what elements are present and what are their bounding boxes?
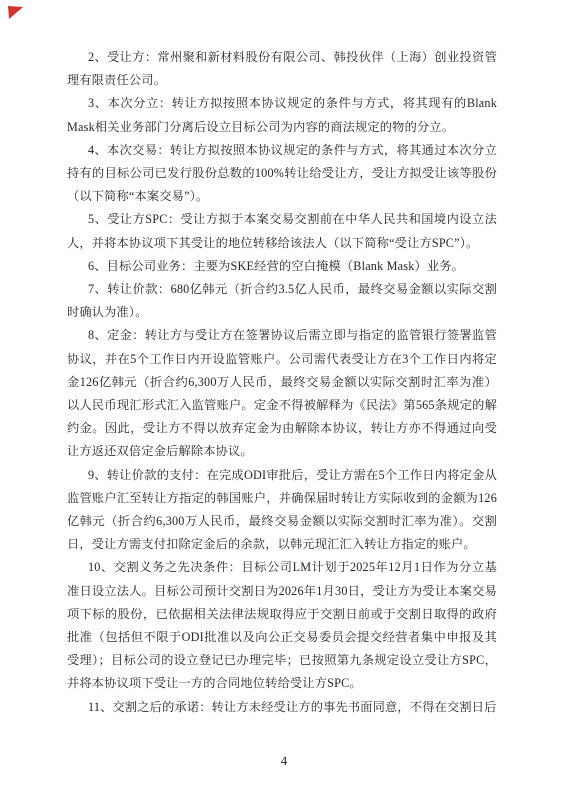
clause-paragraph-9: 9、转让价款的支付：在完成ODI审批后，受让方需在5个工作日内将定金从监管账户汇… xyxy=(67,464,497,557)
clause-paragraph-5: 5、受让方SPC：受让方拟于本案交易交割前在中华人民共和国境内设立法人，并将本协… xyxy=(67,208,497,254)
clause-paragraph-6: 6、目标公司业务：主要为SKE经营的空白掩模（Blank Mask）业务。 xyxy=(67,255,497,278)
clause-paragraph-10: 10、交割义务之先决条件：目标公司LM计划于2025年12月1日作为分立基准日设… xyxy=(67,556,497,695)
clause-paragraph-3: 3、本次分立：转让方拟按照本协议规定的条件与方式，将其现有的Blank Mask… xyxy=(67,92,497,138)
document-page: 2、受让方：常州聚和新材料股份有限公司、韩投伙伴（上海）创业投资管理有限责任公司… xyxy=(0,0,568,787)
clause-paragraph-7: 7、转让价款：680亿韩元（折合约3.5亿人民币，最终交易金额以实际交割时确认为… xyxy=(67,278,497,324)
document-body: 2、受让方：常州聚和新材料股份有限公司、韩投伙伴（上海）创业投资管理有限责任公司… xyxy=(67,46,497,719)
clause-paragraph-4: 4、本次交易：转让方拟按照本协议规定的条件与方式，将其通过本次分立持有的目标公司… xyxy=(67,139,497,209)
red-corner-flag-icon xyxy=(8,6,24,20)
page-number: 4 xyxy=(0,751,568,771)
clause-paragraph-2: 2、受让方：常州聚和新材料股份有限公司、韩投伙伴（上海）创业投资管理有限责任公司… xyxy=(67,46,497,92)
clause-paragraph-8: 8、定金：转让方与受让方在签署协议后需立即与指定的监管银行签署监管协议，并在5个… xyxy=(67,324,497,463)
clause-paragraph-11: 11、交割之后的承诺：转让方未经受让方的事先书面同意，不得在交割日后 xyxy=(67,696,497,719)
